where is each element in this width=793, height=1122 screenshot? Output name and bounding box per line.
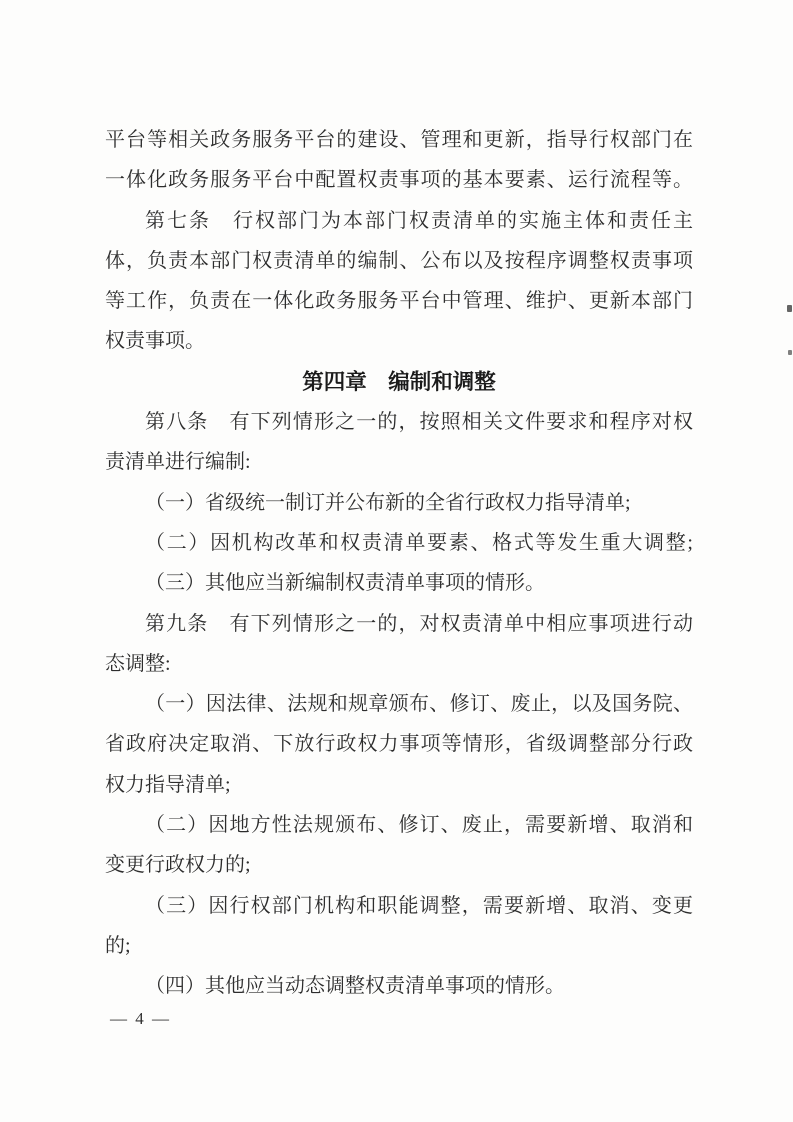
text-line: （四）其他应当动态调整权责清单事项的情形。 bbox=[105, 966, 693, 1006]
text-line: （一）因法律、法规和规章颁布、修订、废止，以及国务院、 bbox=[105, 684, 693, 724]
text-line: 权责事项。 bbox=[105, 321, 693, 361]
text-line: 的; bbox=[105, 926, 693, 966]
scan-artifact bbox=[787, 305, 792, 312]
scan-artifact bbox=[788, 350, 792, 355]
text-line: 一体化政务服务平台中配置权责事项的基本要素、运行流程等。 bbox=[105, 160, 693, 200]
text-line: 第七条 行权部门为本部门权责清单的实施主体和责任主 bbox=[105, 201, 693, 241]
document-page: 平台等相关政务服务平台的建设、管理和更新，指导行权部门在一体化政务服务平台中配置… bbox=[0, 0, 793, 1122]
text-line: 体，负责本部门权责清单的编制、公布以及按程序调整权责事项 bbox=[105, 241, 693, 281]
text-line: （三）其他应当新编制权责清单事项的情形。 bbox=[105, 563, 693, 603]
text-line: （二）因地方性法规颁布、修订、废止，需要新增、取消和 bbox=[105, 805, 693, 845]
text-line: 态调整: bbox=[105, 644, 693, 684]
chapter-heading: 第四章 编制和调整 bbox=[105, 362, 693, 402]
text-line: 权力指导清单; bbox=[105, 765, 693, 805]
text-line: 平台等相关政务服务平台的建设、管理和更新，指导行权部门在 bbox=[105, 120, 693, 160]
text-line: （三）因行权部门机构和职能调整，需要新增、取消、变更 bbox=[105, 886, 693, 926]
document-lines: 平台等相关政务服务平台的建设、管理和更新，指导行权部门在一体化政务服务平台中配置… bbox=[105, 120, 693, 1007]
page-number: — 4 — bbox=[110, 1003, 171, 1035]
text-line: 第八条 有下列情形之一的，按照相关文件要求和程序对权 bbox=[105, 402, 693, 442]
text-line: 变更行政权力的; bbox=[105, 845, 693, 885]
text-line: （一）省级统一制订并公布新的全省行政权力指导清单; bbox=[105, 483, 693, 523]
text-line: 责清单进行编制: bbox=[105, 442, 693, 482]
text-line: 省政府决定取消、下放行政权力事项等情形，省级调整部分行政 bbox=[105, 724, 693, 764]
text-line: 等工作，负责在一体化政务服务平台中管理、维护、更新本部门 bbox=[105, 281, 693, 321]
text-line: （二）因机构改革和权责清单要素、格式等发生重大调整; bbox=[105, 523, 693, 563]
text-line: 第九条 有下列情形之一的，对权责清单中相应事项进行动 bbox=[105, 604, 693, 644]
